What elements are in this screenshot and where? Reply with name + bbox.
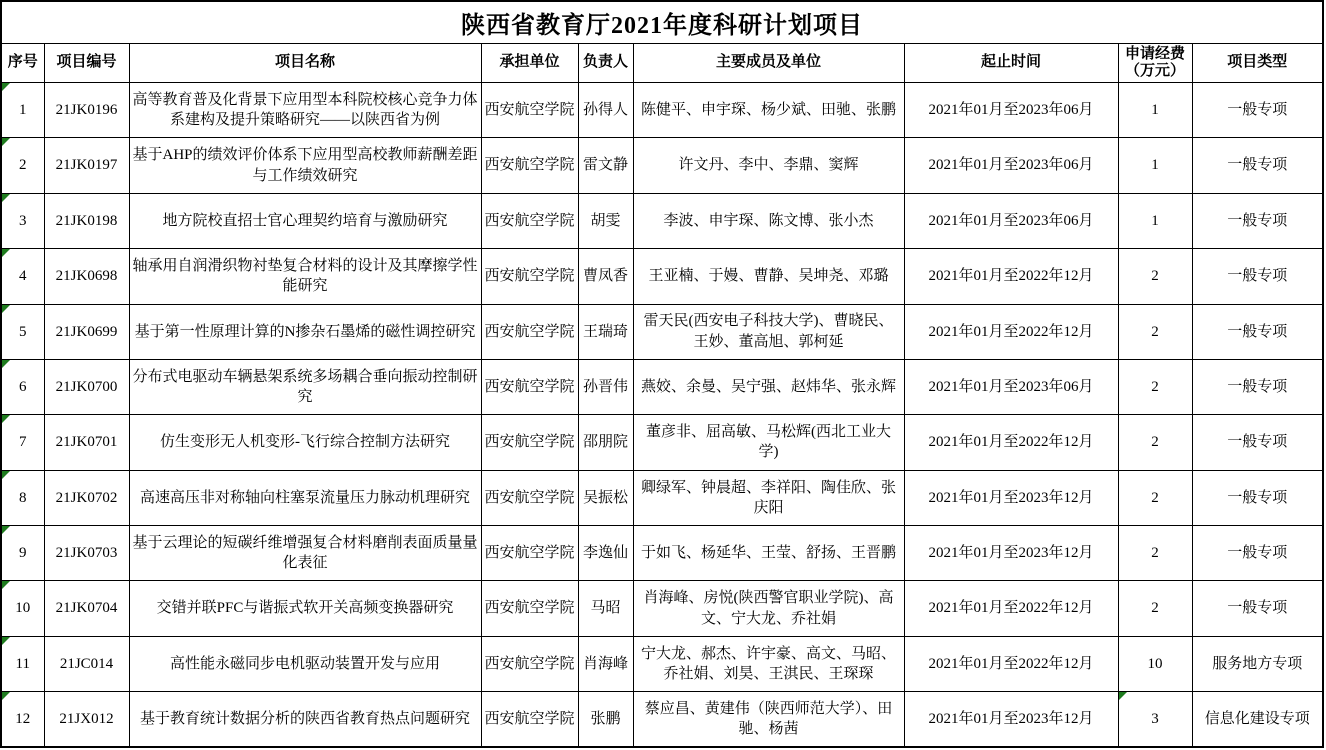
cell-code: 21JK0196 [44,83,129,138]
cell-period: 2021年01月至2022年12月 [904,581,1118,636]
cell-seq: 11 [1,636,44,691]
title-row: 陕西省教育厅2021年度科研计划项目 [1,1,1323,43]
cell-text-leader: 孙晋伟 [583,379,628,395]
cell-code: 21JK0197 [44,138,129,193]
cell-error-flag-icon [2,305,10,313]
cell-leader: 邵朋院 [578,415,633,470]
column-header-seq: 序号 [1,43,44,83]
cell-text-leader: 吴振松 [583,490,628,506]
cell-seq: 7 [1,415,44,470]
cell-unit: 西安航空学院 [481,193,578,248]
cell-period: 2021年01月至2023年06月 [904,138,1118,193]
table-row: 1221JX012基于教育统计数据分析的陕西省教育热点问题研究西安航空学院张鹏蔡… [1,692,1323,747]
cell-code: 21JK0704 [44,581,129,636]
cell-text-leader: 孙得人 [583,102,628,118]
table-row: 1121JC014高性能永磁同步电机驱动装置开发与应用西安航空学院肖海峰宁大龙、… [1,636,1323,691]
cell-text-unit: 西安航空学院 [485,600,575,616]
cell-funding: 2 [1118,249,1192,304]
cell-text-seq: 2 [19,157,27,173]
cell-seq: 4 [1,249,44,304]
cell-period: 2021年01月至2023年12月 [904,526,1118,581]
cell-text-seq: 6 [19,379,27,395]
table-body: 121JK0196高等教育普及化背景下应用型本科院校核心竞争力体系建构及提升策略… [1,83,1323,748]
table-row: 1021JK0704交错并联PFC与谐振式软开关高频变换器研究西安航空学院马昭肖… [1,581,1323,636]
cell-leader: 张鹏 [578,692,633,747]
cell-code: 21JK0198 [44,193,129,248]
research-projects-table: 陕西省教育厅2021年度科研计划项目 序号项目编号项目名称承担单位负责人主要成员… [0,0,1324,748]
cell-leader: 孙晋伟 [578,359,633,414]
cell-error-flag-icon [2,360,10,368]
column-header-code: 项目编号 [44,43,129,83]
cell-members: 雷天民(西安电子科技大学)、曹晓民、王妙、董高旭、郭柯延 [633,304,904,359]
cell-text-seq: 3 [19,213,27,229]
cell-leader: 李逸仙 [578,526,633,581]
cell-code: 21JK0703 [44,526,129,581]
cell-text-code: 21JC014 [60,656,113,672]
table-row: 621JK0700分布式电驱动车辆悬架系统多场耦合垂向振动控制研究西安航空学院孙… [1,359,1323,414]
cell-text-funding: 2 [1151,490,1159,506]
cell-text-funding: 1 [1151,213,1159,229]
cell-members: 王亚楠、于嫚、曹静、吴坤尧、邓璐 [633,249,904,304]
cell-text-members: 于如飞、杨延华、王莹、舒扬、王晋鹏 [641,545,896,561]
cell-type: 一般专项 [1192,470,1323,525]
cell-period: 2021年01月至2022年12月 [904,304,1118,359]
cell-name: 基于云理论的短碳纤维增强复合材料磨削表面质量量化表征 [129,526,481,581]
cell-text-name: 基于云理论的短碳纤维增强复合材料磨削表面质量量化表征 [133,535,478,571]
column-header-funding: 申请经费 （万元） [1118,43,1192,83]
cell-text-leader: 肖海峰 [583,656,628,672]
cell-text-members: 卿绿军、钟晨超、李祥阳、陶佳欣、张庆阳 [641,480,896,516]
cell-text-type: 一般专项 [1227,157,1287,173]
cell-unit: 西安航空学院 [481,581,578,636]
cell-code: 21JK0699 [44,304,129,359]
cell-text-unit: 西安航空学院 [485,545,575,561]
cell-error-flag-icon [2,249,10,257]
cell-unit: 西安航空学院 [481,692,578,747]
cell-code: 21JK0698 [44,249,129,304]
cell-period: 2021年01月至2023年06月 [904,359,1118,414]
cell-text-leader: 王瑞琦 [583,324,628,340]
cell-text-members: 王亚楠、于嫚、曹静、吴坤尧、邓璐 [648,268,888,284]
cell-text-members: 陈健平、申宇琛、杨少斌、田驰、张鹏 [641,102,896,118]
cell-leader: 肖海峰 [578,636,633,691]
cell-unit: 西安航空学院 [481,526,578,581]
cell-text-seq: 8 [19,490,27,506]
cell-funding: 2 [1118,304,1192,359]
column-header-period: 起止时间 [904,43,1118,83]
cell-text-unit: 西安航空学院 [485,157,575,173]
cell-text-funding: 2 [1151,434,1159,450]
cell-seq: 1 [1,83,44,138]
cell-seq: 9 [1,526,44,581]
cell-text-unit: 西安航空学院 [485,102,575,118]
cell-text-code: 21JX012 [59,711,113,727]
cell-text-unit: 西安航空学院 [485,268,575,284]
cell-text-unit: 西安航空学院 [485,711,575,727]
cell-text-type: 一般专项 [1227,379,1287,395]
cell-text-type: 一般专项 [1227,434,1287,450]
cell-text-code: 21JK0196 [56,102,118,118]
cell-code: 21JK0700 [44,359,129,414]
cell-text-unit: 西安航空学院 [485,434,575,450]
cell-text-unit: 西安航空学院 [485,379,575,395]
cell-text-code: 21JK0198 [56,213,118,229]
table-row: 321JK0198地方院校直招士官心理契约培育与激励研究西安航空学院胡雯李波、申… [1,193,1323,248]
cell-text-type: 一般专项 [1227,324,1287,340]
cell-type: 一般专项 [1192,304,1323,359]
cell-type: 一般专项 [1192,193,1323,248]
cell-period: 2021年01月至2022年12月 [904,636,1118,691]
cell-text-name: 基于AHP的绩效评价体系下应用型高校教师薪酬差距与工作绩效研究 [133,147,478,183]
cell-type: 一般专项 [1192,249,1323,304]
cell-text-type: 一般专项 [1227,600,1287,616]
cell-text-seq: 11 [16,656,30,672]
cell-text-members: 宁大龙、郝杰、许宇豪、高文、马昭、乔社娟、刘昊、王淇民、王琛琛 [641,646,896,682]
cell-error-flag-icon [2,415,10,423]
cell-funding: 3 [1118,692,1192,747]
cell-unit: 西安航空学院 [481,636,578,691]
cell-text-funding: 1 [1151,157,1159,173]
cell-leader: 王瑞琦 [578,304,633,359]
cell-name: 基于第一性原理计算的N掺杂石墨烯的磁性调控研究 [129,304,481,359]
cell-text-period: 2021年01月至2023年06月 [928,213,1093,229]
cell-members: 于如飞、杨延华、王莹、舒扬、王晋鹏 [633,526,904,581]
column-header-leader: 负责人 [578,43,633,83]
cell-code: 21JX012 [44,692,129,747]
cell-text-type: 信息化建设专项 [1205,711,1310,727]
cell-period: 2021年01月至2023年12月 [904,470,1118,525]
cell-unit: 西安航空学院 [481,304,578,359]
cell-members: 肖海峰、房悦(陕西警官职业学院)、高文、宁大龙、乔社娟 [633,581,904,636]
cell-text-period: 2021年01月至2023年12月 [928,490,1093,506]
cell-funding: 1 [1118,193,1192,248]
cell-funding: 10 [1118,636,1192,691]
cell-text-name: 高等教育普及化背景下应用型本科院校核心竞争力体系建构及提升策略研究——以陕西省为… [133,92,478,128]
cell-unit: 西安航空学院 [481,470,578,525]
cell-leader: 胡雯 [578,193,633,248]
cell-text-funding: 1 [1151,102,1159,118]
cell-unit: 西安航空学院 [481,249,578,304]
cell-text-leader: 邵朋院 [583,434,628,450]
cell-text-period: 2021年01月至2023年06月 [928,102,1093,118]
cell-text-seq: 4 [19,268,27,284]
column-header-type: 项目类型 [1192,43,1323,83]
cell-code: 21JK0701 [44,415,129,470]
cell-text-period: 2021年01月至2022年12月 [928,434,1093,450]
cell-type: 一般专项 [1192,526,1323,581]
cell-text-name: 地方院校直招士官心理契约培育与激励研究 [162,213,447,229]
cell-error-flag-icon [2,637,10,645]
cell-text-type: 一般专项 [1227,213,1287,229]
cell-name: 基于AHP的绩效评价体系下应用型高校教师薪酬差距与工作绩效研究 [129,138,481,193]
cell-text-seq: 7 [19,434,27,450]
cell-name: 高速高压非对称轴向柱塞泵流量压力脉动机理研究 [129,470,481,525]
cell-seq: 10 [1,581,44,636]
cell-period: 2021年01月至2023年06月 [904,193,1118,248]
cell-code: 21JC014 [44,636,129,691]
cell-text-members: 雷天民(西安电子科技大学)、曹晓民、王妙、董高旭、郭柯延 [644,313,894,349]
cell-error-flag-icon [2,194,10,202]
column-header-unit: 承担单位 [481,43,578,83]
cell-text-code: 21JK0699 [56,324,118,340]
cell-funding: 1 [1118,83,1192,138]
column-header-members: 主要成员及单位 [633,43,904,83]
cell-seq: 6 [1,359,44,414]
cell-text-period: 2021年01月至2022年12月 [928,656,1093,672]
cell-name: 高等教育普及化背景下应用型本科院校核心竞争力体系建构及提升策略研究——以陕西省为… [129,83,481,138]
cell-text-period: 2021年01月至2022年12月 [928,324,1093,340]
cell-error-flag-icon [2,471,10,479]
cell-name: 分布式电驱动车辆悬架系统多场耦合垂向振动控制研究 [129,359,481,414]
cell-text-name: 仿生变形无人机变形-飞行综合控制方法研究 [160,434,450,450]
cell-text-type: 一般专项 [1227,545,1287,561]
cell-text-funding: 2 [1151,379,1159,395]
cell-error-flag-icon [2,138,10,146]
cell-unit: 西安航空学院 [481,415,578,470]
cell-seq: 2 [1,138,44,193]
table-row: 821JK0702高速高压非对称轴向柱塞泵流量压力脉动机理研究西安航空学院吴振松… [1,470,1323,525]
cell-text-code: 21JK0700 [56,379,118,395]
cell-text-unit: 西安航空学院 [485,324,575,340]
cell-unit: 西安航空学院 [481,138,578,193]
cell-funding: 2 [1118,470,1192,525]
cell-members: 卿绿军、钟晨超、李祥阳、陶佳欣、张庆阳 [633,470,904,525]
cell-leader: 曹凤香 [578,249,633,304]
cell-unit: 西安航空学院 [481,83,578,138]
cell-text-name: 基于教育统计数据分析的陕西省教育热点问题研究 [140,711,470,727]
cell-type: 一般专项 [1192,415,1323,470]
cell-type: 一般专项 [1192,359,1323,414]
cell-error-flag-icon [2,83,10,91]
cell-name: 地方院校直招士官心理契约培育与激励研究 [129,193,481,248]
cell-text-period: 2021年01月至2022年12月 [928,600,1093,616]
table-row: 921JK0703基于云理论的短碳纤维增强复合材料磨削表面质量量化表征西安航空学… [1,526,1323,581]
cell-text-funding: 3 [1151,711,1159,727]
cell-text-leader: 胡雯 [590,213,620,229]
cell-leader: 吴振松 [578,470,633,525]
cell-seq: 8 [1,470,44,525]
cell-text-leader: 李逸仙 [583,545,628,561]
cell-unit: 西安航空学院 [481,359,578,414]
cell-members: 宁大龙、郝杰、许宇豪、高文、马昭、乔社娟、刘昊、王淇民、王琛琛 [633,636,904,691]
cell-text-unit: 西安航空学院 [485,490,575,506]
spreadsheet-page: 陕西省教育厅2021年度科研计划项目 序号项目编号项目名称承担单位负责人主要成员… [0,0,1326,750]
cell-text-funding: 2 [1151,268,1159,284]
cell-text-leader: 张鹏 [590,711,620,727]
cell-text-type: 一般专项 [1227,102,1287,118]
cell-name: 高性能永磁同步电机驱动装置开发与应用 [129,636,481,691]
cell-text-seq: 1 [19,102,27,118]
table-row: 521JK0699基于第一性原理计算的N掺杂石墨烯的磁性调控研究西安航空学院王瑞… [1,304,1323,359]
cell-text-period: 2021年01月至2023年12月 [928,545,1093,561]
cell-text-funding: 10 [1148,656,1163,672]
cell-text-members: 李波、申宇琛、陈文博、张小杰 [663,213,873,229]
cell-members: 许文丹、李中、李鼎、窦辉 [633,138,904,193]
cell-text-name: 交错并联PFC与谐振式软开关高频变换器研究 [157,600,454,616]
table-row: 721JK0701仿生变形无人机变形-飞行综合控制方法研究西安航空学院邵朋院董彦… [1,415,1323,470]
cell-error-flag-icon [2,526,10,534]
cell-text-period: 2021年01月至2022年12月 [928,268,1093,284]
cell-seq: 5 [1,304,44,359]
cell-text-name: 基于第一性原理计算的N掺杂石墨烯的磁性调控研究 [135,324,476,340]
cell-text-type: 一般专项 [1227,490,1287,506]
cell-text-seq: 9 [19,545,27,561]
cell-text-type: 一般专项 [1227,268,1287,284]
cell-name: 轴承用自润滑织物衬垫复合材料的设计及其摩擦学性能研究 [129,249,481,304]
cell-text-members: 燕姣、余曼、吴宁强、赵炜华、张永辉 [641,379,896,395]
cell-text-unit: 西安航空学院 [485,656,575,672]
cell-text-leader: 马昭 [590,600,620,616]
cell-period: 2021年01月至2022年12月 [904,415,1118,470]
table-row: 121JK0196高等教育普及化背景下应用型本科院校核心竞争力体系建构及提升策略… [1,83,1323,138]
page-title: 陕西省教育厅2021年度科研计划项目 [1,1,1323,43]
cell-text-leader: 雷文静 [583,157,628,173]
cell-type: 一般专项 [1192,83,1323,138]
cell-text-period: 2021年01月至2023年06月 [928,157,1093,173]
cell-seq: 3 [1,193,44,248]
cell-funding: 2 [1118,526,1192,581]
cell-members: 李波、申宇琛、陈文博、张小杰 [633,193,904,248]
cell-type: 一般专项 [1192,138,1323,193]
cell-leader: 孙得人 [578,83,633,138]
cell-members: 燕姣、余曼、吴宁强、赵炜华、张永辉 [633,359,904,414]
cell-text-period: 2021年01月至2023年12月 [928,711,1093,727]
cell-text-members: 蔡应昌、黄建伟（陕西师范大学）、田驰、杨茜 [645,701,893,737]
cell-text-code: 21JK0703 [56,545,118,561]
cell-funding: 1 [1118,138,1192,193]
table-header-row: 序号项目编号项目名称承担单位负责人主要成员及单位起止时间申请经费 （万元）项目类… [1,43,1323,83]
cell-text-period: 2021年01月至2023年06月 [928,379,1093,395]
cell-period: 2021年01月至2023年12月 [904,692,1118,747]
cell-text-members: 肖海峰、房悦(陕西警官职业学院)、高文、宁大龙、乔社娟 [644,590,894,626]
cell-text-code: 21JK0704 [56,600,118,616]
cell-text-seq: 12 [15,711,30,727]
cell-funding: 2 [1118,581,1192,636]
cell-type: 信息化建设专项 [1192,692,1323,747]
cell-members: 蔡应昌、黄建伟（陕西师范大学）、田驰、杨茜 [633,692,904,747]
cell-error-flag-icon [2,692,10,700]
cell-text-code: 21JK0701 [56,434,118,450]
cell-funding: 2 [1118,415,1192,470]
cell-text-code: 21JK0197 [56,157,118,173]
cell-text-funding: 2 [1151,600,1159,616]
cell-text-members: 许文丹、李中、李鼎、窦辉 [678,157,858,173]
cell-leader: 雷文静 [578,138,633,193]
cell-text-name: 分布式电驱动车辆悬架系统多场耦合垂向振动控制研究 [133,369,478,405]
cell-seq: 12 [1,692,44,747]
cell-text-type: 服务地方专项 [1212,656,1302,672]
cell-error-flag-icon [2,581,10,589]
cell-text-leader: 曹凤香 [583,268,628,284]
cell-name: 基于教育统计数据分析的陕西省教育热点问题研究 [129,692,481,747]
cell-period: 2021年01月至2023年06月 [904,83,1118,138]
cell-name: 交错并联PFC与谐振式软开关高频变换器研究 [129,581,481,636]
cell-text-code: 21JK0698 [56,268,118,284]
cell-text-name: 高性能永磁同步电机驱动装置开发与应用 [170,656,440,672]
cell-text-name: 高速高压非对称轴向柱塞泵流量压力脉动机理研究 [140,490,470,506]
table-row: 421JK0698轴承用自润滑织物衬垫复合材料的设计及其摩擦学性能研究西安航空学… [1,249,1323,304]
cell-code: 21JK0702 [44,470,129,525]
cell-text-members: 董彦非、屈高敏、马松辉(西北工业大学) [646,424,891,460]
cell-text-unit: 西安航空学院 [485,213,575,229]
table-row: 221JK0197基于AHP的绩效评价体系下应用型高校教师薪酬差距与工作绩效研究… [1,138,1323,193]
cell-name: 仿生变形无人机变形-飞行综合控制方法研究 [129,415,481,470]
cell-text-funding: 2 [1151,324,1159,340]
column-header-name: 项目名称 [129,43,481,83]
cell-text-funding: 2 [1151,545,1159,561]
cell-text-name: 轴承用自润滑织物衬垫复合材料的设计及其摩擦学性能研究 [133,258,478,294]
cell-text-seq: 10 [15,600,30,616]
cell-members: 陈健平、申宇琛、杨少斌、田驰、张鹏 [633,83,904,138]
cell-type: 一般专项 [1192,581,1323,636]
cell-type: 服务地方专项 [1192,636,1323,691]
cell-text-seq: 5 [19,324,27,340]
cell-members: 董彦非、屈高敏、马松辉(西北工业大学) [633,415,904,470]
cell-text-code: 21JK0702 [56,490,118,506]
cell-error-flag-icon [1119,692,1127,700]
cell-period: 2021年01月至2022年12月 [904,249,1118,304]
cell-funding: 2 [1118,359,1192,414]
cell-leader: 马昭 [578,581,633,636]
